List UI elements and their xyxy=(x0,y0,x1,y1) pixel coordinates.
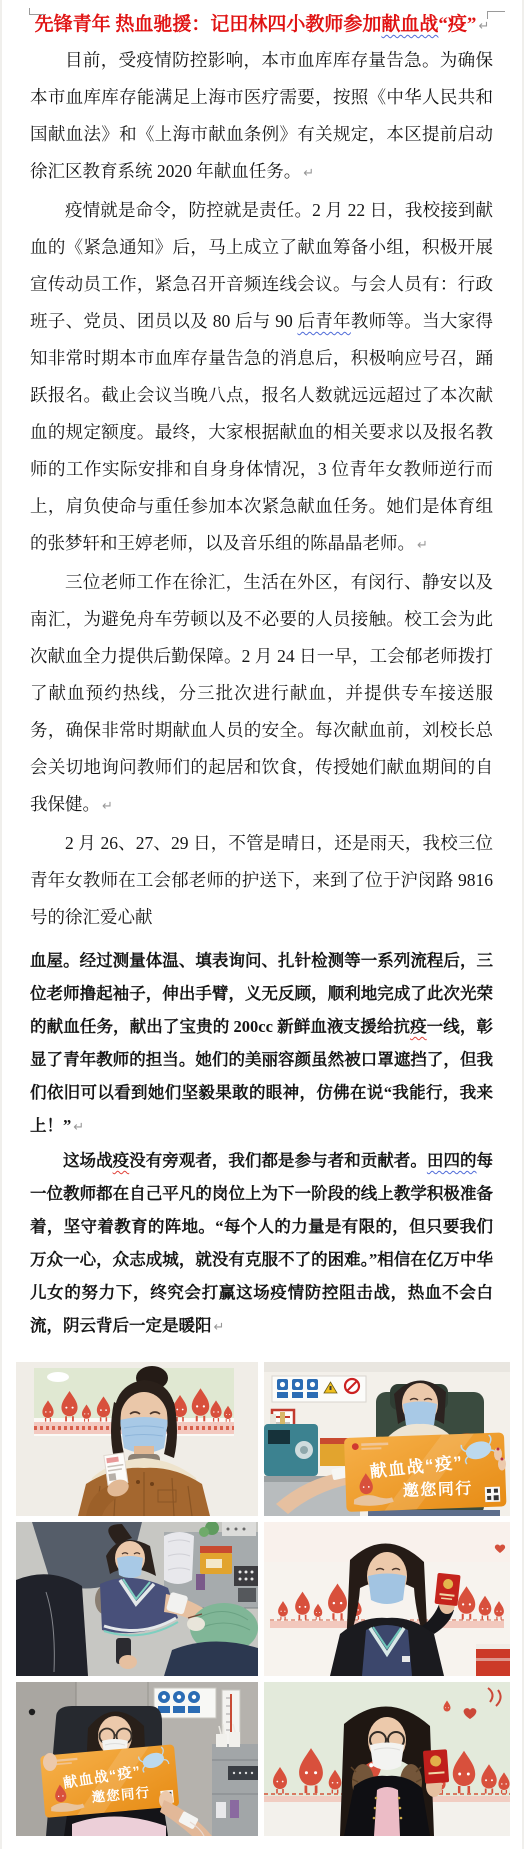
photo-orange-sign-glasses[interactable] xyxy=(16,1682,258,1836)
paragraph-4-spellcheck-segment: 疫 xyxy=(410,1017,427,1036)
title-spellcheck-segment: 献血战 xyxy=(381,14,438,35)
paragraph-5-text-2: 没有旁观者，我们都是参与者和贡献者。 xyxy=(129,1151,427,1170)
photo-grid xyxy=(16,1362,510,1836)
photo-orange-sign-donation-chair[interactable] xyxy=(264,1362,510,1516)
paragraph-3: 三位老师工作在徐汇，生活在外区，有闵行、静安以及南汇，为避免舟车劳顿以及不必要的… xyxy=(30,564,493,825)
photo-red-certificate-navy-sweater[interactable] xyxy=(264,1522,510,1676)
donation-certificate-red xyxy=(434,1573,460,1606)
photo-blood-draw-nurse[interactable] xyxy=(16,1522,258,1676)
paragraph-1-text: 目前，受疫情防控影响，本市血库库存量告急。为确保本市血库库存能满足上海市医疗需要… xyxy=(30,50,493,181)
paragraph-2-spellcheck-segment: 后青年 xyxy=(297,311,350,331)
blood-donation-campaign-sign xyxy=(344,1432,506,1512)
paragraph-2: 疫情就是命令，防控就是责任。2 月 22 日，我校接到献血的《紧急通知》后，马上… xyxy=(30,192,493,564)
paragraph-mark: ↵ xyxy=(417,538,428,553)
page-2-text-block: 血屋。经过测量体温、填表询问、扎针检测等一系列流程后，三位老师撸起袖子，伸出手臂… xyxy=(30,944,493,1344)
title-quoted-word: “疫” xyxy=(438,14,476,35)
paragraph-3-text: 三位老师工作在徐汇，生活在外区，有闵行、静安以及南汇，为避免舟车劳顿以及不必要的… xyxy=(30,572,493,814)
paragraph-mark: ↵ xyxy=(214,1320,225,1335)
paragraph-4-page1: 2 月 26、27、29 日，不管是晴日，还是雨天，我校三位青年女教师在工会郁老… xyxy=(30,825,493,936)
paragraph-5-spellcheck-red: 疫 xyxy=(113,1151,130,1170)
paragraph-mark: ↵ xyxy=(73,1120,84,1135)
blood-donation-campaign-sign xyxy=(40,1744,179,1818)
document-page: 先锋青年 热血驰援：记田林四小教师参加献血战“疫”↵ 目前，受疫情防控影响，本市… xyxy=(0,0,524,1849)
title-text: 先锋青年 热血驰援：记田林四小教师参加 xyxy=(35,14,382,35)
paragraph-1: 目前，受疫情防控影响，本市血库库存量告急。为确保本市血库库存能满足上海市医疗需要… xyxy=(30,42,493,192)
paragraph-mark: ↵ xyxy=(303,166,314,181)
paragraph-5-text-3: 每一位教师都在自己平凡的岗位上为下一阶段的线上教学积极准备着，坚守着教育的阵地。… xyxy=(30,1151,493,1335)
paragraph-4-continued: 血屋。经过测量体温、填表询问、扎针检测等一系列流程后，三位老师撸起袖子，伸出手臂… xyxy=(30,944,493,1144)
photo-certificate-brown-jacket[interactable] xyxy=(16,1362,258,1516)
donation-certificate-red xyxy=(423,1749,449,1784)
paragraph-5-text: 这场战 xyxy=(63,1151,113,1170)
paragraph-mark: ↵ xyxy=(478,19,489,34)
paragraph-4-text: 2 月 26、27、29 日，不管是晴日，还是雨天，我校三位青年女教师在工会郁老… xyxy=(30,833,493,927)
article-body: 目前，受疫情防控影响，本市血库库存量告急。为确保本市血库库存能满足上海市医疗需要… xyxy=(0,42,524,1344)
photo-red-certificate-fur-hood[interactable] xyxy=(264,1682,510,1836)
paragraph-5: 这场战疫没有旁观者，我们都是参与者和贡献者。田四的每一位教师都在自己平凡的岗位上… xyxy=(30,1144,493,1344)
text-boundary-mark-top-left xyxy=(29,8,45,15)
text-boundary-mark-top-right xyxy=(487,11,505,19)
paragraph-2-text-cont: 教师等。当大家得知非常时期本市血库存量告急的消息后，积极响应号召，踊跃报名。截止… xyxy=(30,311,493,553)
article-title: 先锋青年 热血驰援：记田林四小教师参加献血战“疫”↵ xyxy=(26,10,498,42)
paragraph-mark: ↵ xyxy=(102,799,113,814)
paragraph-5-spellcheck-blue: 田四的 xyxy=(427,1151,477,1170)
